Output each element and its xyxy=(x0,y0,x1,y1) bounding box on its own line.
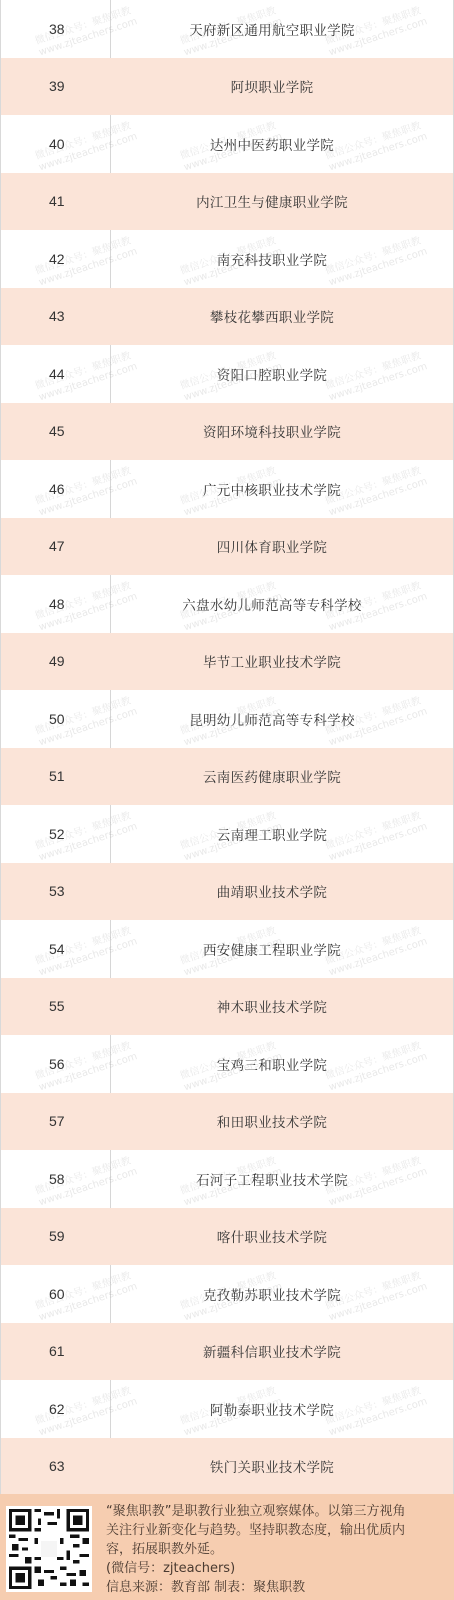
school-name: 天府新区通用航空职业学院 xyxy=(111,0,453,58)
table-row: 43攀枝花攀西职业学院 xyxy=(1,288,453,346)
row-number: 44 xyxy=(1,345,111,403)
row-number: 40 xyxy=(1,115,111,173)
row-number: 54 xyxy=(1,920,111,978)
table-row: 49毕节工业职业技术学院 xyxy=(1,633,453,691)
footer-description: “聚焦职教”是职教行业独立观察媒体。以第三方视角 关注行业新变化与趋势。坚持职教… xyxy=(106,1502,436,1597)
row-number: 41 xyxy=(1,173,111,231)
school-list-table: 38天府新区通用航空职业学院 39阿坝职业学院 40达州中医药职业学院 41内江… xyxy=(0,0,454,1495)
footer-line: “聚焦职教”是职教行业独立观察媒体。以第三方视角 xyxy=(106,1502,436,1521)
school-name: 和田职业技术学院 xyxy=(111,1093,453,1151)
table-row: 42南充科技职业学院 xyxy=(1,230,453,288)
row-number: 42 xyxy=(1,230,111,288)
school-name: 广元中核职业技术学院 xyxy=(111,460,453,518)
table-row: 59喀什职业技术学院 xyxy=(1,1208,453,1266)
row-number: 57 xyxy=(1,1093,111,1151)
row-number: 61 xyxy=(1,1323,111,1381)
school-name: 曲靖职业技术学院 xyxy=(111,863,453,921)
table-row: 44资阳口腔职业学院 xyxy=(1,345,453,403)
row-number: 45 xyxy=(1,403,111,461)
school-name: 石河子工程职业技术学院 xyxy=(111,1150,453,1208)
row-number: 56 xyxy=(1,1035,111,1093)
row-number: 58 xyxy=(1,1150,111,1208)
row-number: 55 xyxy=(1,978,111,1036)
school-name: 四川体育职业学院 xyxy=(111,518,453,576)
row-number: 53 xyxy=(1,863,111,921)
school-name: 神木职业技术学院 xyxy=(111,978,453,1036)
table-row: 57和田职业技术学院 xyxy=(1,1093,453,1151)
row-number: 60 xyxy=(1,1265,111,1323)
footer-line: 关注行业新变化与趋势。坚持职教态度，输出优质内 xyxy=(106,1521,436,1540)
table-row: 61新疆科信职业技术学院 xyxy=(1,1323,453,1381)
table-row: 48六盘水幼儿师范高等专科学校 xyxy=(1,575,453,633)
school-name: 达州中医药职业学院 xyxy=(111,115,453,173)
table-row: 58石河子工程职业技术学院 xyxy=(1,1150,453,1208)
school-name: 阿坝职业学院 xyxy=(111,58,453,116)
school-name: 铁门关职业技术学院 xyxy=(111,1438,453,1496)
table-row: 38天府新区通用航空职业学院 xyxy=(1,0,453,58)
table-row: 54西安健康工程职业学院 xyxy=(1,920,453,978)
footer-source: 信息来源：教育部 制表：聚焦职教 xyxy=(106,1578,436,1597)
table-row: 55神木职业技术学院 xyxy=(1,978,453,1036)
school-name: 资阳口腔职业学院 xyxy=(111,345,453,403)
table-row: 45资阳环境科技职业学院 xyxy=(1,403,453,461)
row-number: 51 xyxy=(1,748,111,806)
row-number: 48 xyxy=(1,575,111,633)
footer-line: 容，拓展职教外延。 xyxy=(106,1540,436,1559)
school-name: 克孜勒苏职业技术学院 xyxy=(111,1265,453,1323)
row-number: 59 xyxy=(1,1208,111,1266)
school-name: 资阳环境科技职业学院 xyxy=(111,403,453,461)
table-row: 50昆明幼儿师范高等专科学校 xyxy=(1,690,453,748)
row-number: 43 xyxy=(1,288,111,346)
table-row: 39阿坝职业学院 xyxy=(1,58,453,116)
table-row: 52云南理工职业学院 xyxy=(1,805,453,863)
school-name: 阿勒泰职业技术学院 xyxy=(111,1380,453,1438)
school-name: 喀什职业技术学院 xyxy=(111,1208,453,1266)
school-name: 六盘水幼儿师范高等专科学校 xyxy=(111,575,453,633)
school-name: 云南理工职业学院 xyxy=(111,805,453,863)
school-name: 宝鸡三和职业学院 xyxy=(111,1035,453,1093)
school-name: 攀枝花攀西职业学院 xyxy=(111,288,453,346)
school-name: 南充科技职业学院 xyxy=(111,230,453,288)
row-number: 46 xyxy=(1,460,111,518)
table-row: 62阿勒泰职业技术学院 xyxy=(1,1380,453,1438)
footer-banner: “聚焦职教”是职教行业独立观察媒体。以第三方视角 关注行业新变化与趋势。坚持职教… xyxy=(0,1494,454,1600)
row-number: 39 xyxy=(1,58,111,116)
row-number: 50 xyxy=(1,690,111,748)
row-number: 62 xyxy=(1,1380,111,1438)
school-name: 毕节工业职业技术学院 xyxy=(111,633,453,691)
table-row: 56宝鸡三和职业学院 xyxy=(1,1035,453,1093)
table-row: 46广元中核职业技术学院 xyxy=(1,460,453,518)
table-row: 53曲靖职业技术学院 xyxy=(1,863,453,921)
table-row: 47四川体育职业学院 xyxy=(1,518,453,576)
table-row: 60克孜勒苏职业技术学院 xyxy=(1,1265,453,1323)
table-row: 63铁门关职业技术学院 xyxy=(1,1438,453,1496)
school-name: 云南医药健康职业学院 xyxy=(111,748,453,806)
school-name: 西安健康工程职业学院 xyxy=(111,920,453,978)
row-number: 52 xyxy=(1,805,111,863)
row-number: 38 xyxy=(1,0,111,58)
qr-code-icon xyxy=(6,1506,92,1592)
footer-wechat-id: (微信号：zjteachers) xyxy=(106,1559,436,1578)
table-row: 40达州中医药职业学院 xyxy=(1,115,453,173)
table-row: 51云南医药健康职业学院 xyxy=(1,748,453,806)
row-number: 49 xyxy=(1,633,111,691)
school-name: 新疆科信职业技术学院 xyxy=(111,1323,453,1381)
row-number: 63 xyxy=(1,1438,111,1496)
table-row: 41内江卫生与健康职业学院 xyxy=(1,173,453,231)
school-name: 内江卫生与健康职业学院 xyxy=(111,173,453,231)
row-number: 47 xyxy=(1,518,111,576)
school-name: 昆明幼儿师范高等专科学校 xyxy=(111,690,453,748)
